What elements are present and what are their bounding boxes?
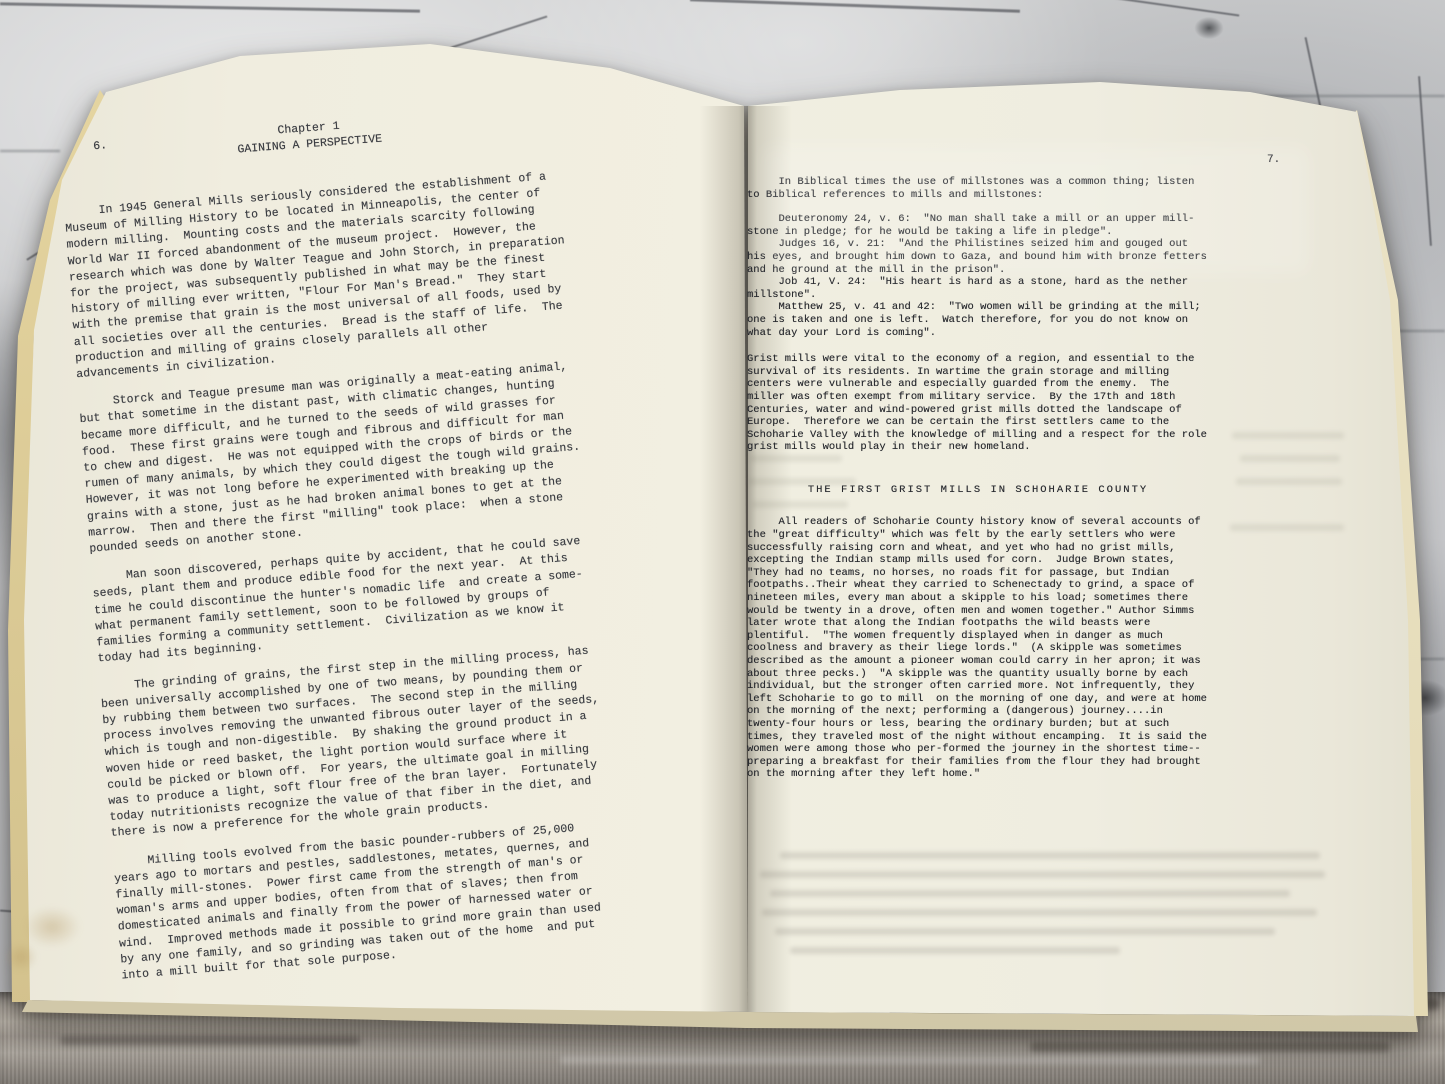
- bleedthrough-line: [760, 871, 1325, 878]
- page-number-left: 6.: [93, 138, 108, 155]
- paragraph: The grinding of grains, the first step i…: [99, 643, 610, 842]
- bleedthrough-line: [762, 909, 1317, 916]
- open-book: 6. Chapter 1 GAINING A PERSPECTIVE In 19…: [0, 0, 1445, 1084]
- paragraph: Grist mills were vital to the economy of…: [747, 353, 1209, 454]
- bleedthrough-line: [748, 478, 856, 485]
- page-stain: [0, 938, 42, 976]
- bleedthrough-line: [1236, 478, 1342, 485]
- bleedthrough-line: [1240, 455, 1340, 462]
- bleedthrough-line: [790, 947, 1120, 954]
- section-heading: THE FIRST GRIST MILLS IN SCHOHARIE COUNT…: [747, 484, 1209, 497]
- book-photo: 6. Chapter 1 GAINING A PERSPECTIVE In 19…: [0, 0, 1445, 1084]
- paragraph: In 1945 General Mills seriously consider…: [64, 168, 576, 383]
- page-6-text: 6. Chapter 1 GAINING A PERSPECTIVE In 19…: [59, 102, 621, 984]
- photo-glare: [765, 146, 1310, 274]
- bleedthrough-line: [752, 501, 848, 508]
- bleedthrough-line: [775, 928, 1275, 935]
- paragraph: Man soon discovered, perhaps quite by ac…: [91, 533, 597, 667]
- bleedthrough-line: [750, 455, 842, 462]
- bible-quote: Matthew 25, v. 41 and 42: "Two women wil…: [747, 301, 1209, 339]
- paragraph: Storck and Teague presume man was origin…: [78, 359, 589, 558]
- bleedthrough-line: [770, 890, 1290, 897]
- paragraph: All readers of Schoharie County history …: [747, 516, 1209, 780]
- bible-quote: Job 41, V. 24: "His heart is hard as a s…: [747, 276, 1209, 301]
- bleedthrough-line: [780, 852, 1320, 859]
- bleedthrough-line: [1230, 524, 1344, 531]
- bleedthrough-line: [1232, 432, 1344, 439]
